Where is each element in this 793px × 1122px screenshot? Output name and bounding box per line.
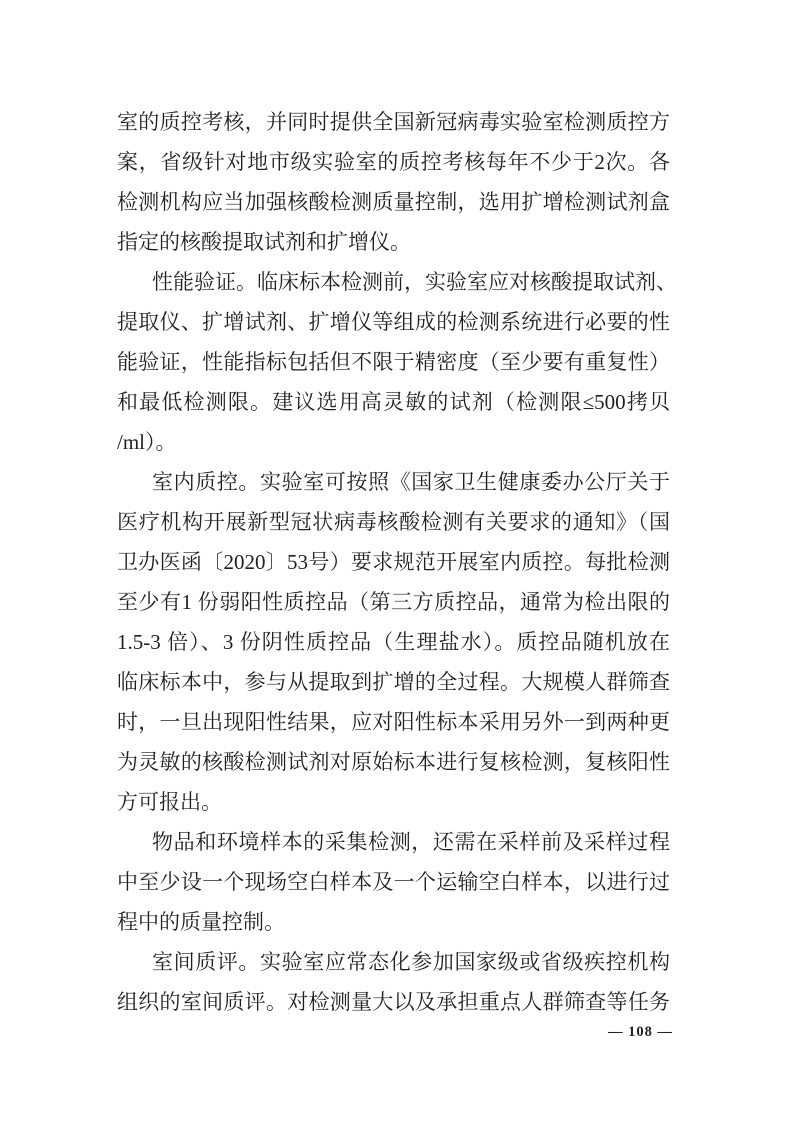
- text-line: 医疗机构开展新型冠状病毒核酸检测有关要求的通知》（国: [117, 502, 670, 542]
- text-line: 室间质评。实验室应常态化参加国家级或省级疾控机构: [117, 942, 670, 982]
- text-line: 方可报出。: [117, 782, 670, 822]
- text-line: 组织的室间质评。对检测量大以及承担重点人群筛查等任务: [117, 982, 670, 1022]
- text-line: 程中的质量控制。: [117, 902, 670, 942]
- text-line: 能验证，性能指标包括但不限于精密度（至少要有重复性）: [117, 342, 670, 382]
- text-line: 指定的核酸提取试剂和扩增仪。: [117, 222, 670, 262]
- text-line: 时，一旦出现阳性结果，应对阳性标本采用另外一到两种更: [117, 702, 670, 742]
- text-line: 卫办医函〔2020〕53号）要求规范开展室内质控。每批检测: [117, 542, 670, 582]
- text-line: 至少有1 份弱阳性质控品（第三方质控品，通常为检出限的: [117, 582, 670, 622]
- text-line: 物品和环境样本的采集检测，还需在采样前及采样过程: [117, 822, 670, 862]
- text-line: 检测机构应当加强核酸检测质量控制，选用扩增检测试剂盒: [117, 182, 670, 222]
- text-line: 室内质控。实验室可按照《国家卫生健康委办公厅关于: [117, 462, 670, 502]
- document-page: 室的质控考核，并同时提供全国新冠病毒实验室检测质控方 案，省级针对地市级实验室的…: [0, 0, 793, 1122]
- text-line: 性能验证。临床标本检测前，实验室应对核酸提取试剂、: [117, 262, 670, 302]
- body-text: 室的质控考核，并同时提供全国新冠病毒实验室检测质控方 案，省级针对地市级实验室的…: [117, 102, 670, 1022]
- text-line: 案，省级针对地市级实验室的质控考核每年不少于2次。各: [117, 142, 670, 182]
- text-line: 为灵敏的核酸检测试剂对原始标本进行复核检测，复核阳性: [117, 742, 670, 782]
- text-line: 提取仪、扩增试剂、扩增仪等组成的检测系统进行必要的性: [117, 302, 670, 342]
- text-line: /ml）。: [117, 422, 670, 462]
- text-line: 1.5-3 倍）、3 份阴性质控品（生理盐水）。质控品随机放在: [117, 622, 670, 662]
- text-line: 临床标本中，参与从提取到扩增的全过程。大规模人群筛查: [117, 662, 670, 702]
- text-line: 和最低检测限。建议选用高灵敏的试剂（检测限≤500拷贝: [117, 382, 670, 422]
- text-line: 中至少设一个现场空白样本及一个运输空白样本，以进行过: [117, 862, 670, 902]
- page-number: — 108 —: [117, 1024, 673, 1041]
- text-line: 室的质控考核，并同时提供全国新冠病毒实验室检测质控方: [117, 102, 670, 142]
